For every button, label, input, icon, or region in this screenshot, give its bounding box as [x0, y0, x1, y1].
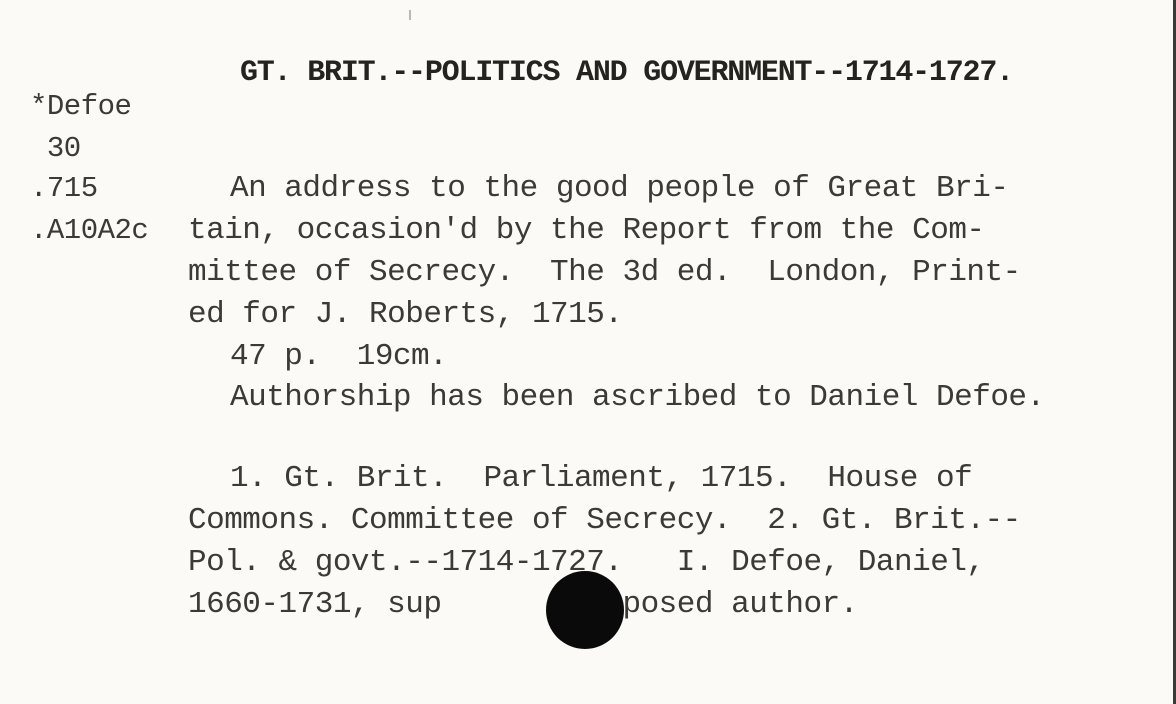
- description-line-2: tain, occasion'd by the Report from the …: [188, 210, 985, 252]
- punch-hole: [546, 571, 624, 649]
- call-number-line-2: 30: [30, 128, 81, 170]
- tracings-line-2: Commons. Committee of Secrecy. 2. Gt. Br…: [188, 500, 1021, 542]
- card-mark: [409, 10, 411, 20]
- authorship-note: Authorship has been ascribed to Daniel D…: [230, 377, 1045, 419]
- tracings-line-1: 1. Gt. Brit. Parliament, 1715. House of: [230, 458, 972, 500]
- subject-heading: GT. BRIT.--POLITICS AND GOVERNMENT--1714…: [240, 52, 1013, 94]
- description-line-3: mittee of Secrecy. The 3d ed. London, Pr…: [188, 252, 1021, 294]
- description-line-4: ed for J. Roberts, 1715.: [188, 294, 622, 336]
- call-number-line-4: .A10A2c: [30, 210, 148, 252]
- catalog-card: GT. BRIT.--POLITICS AND GOVERNMENT--1714…: [0, 0, 1176, 704]
- call-number-line-1: *Defoe: [30, 86, 131, 128]
- tracings-line-4: 1660-1731, sup posed author.: [188, 584, 858, 626]
- description-line-1: An address to the good people of Great B…: [230, 168, 1008, 210]
- call-number-line-3: .715: [30, 168, 98, 210]
- collation: 47 p. 19cm.: [230, 336, 447, 378]
